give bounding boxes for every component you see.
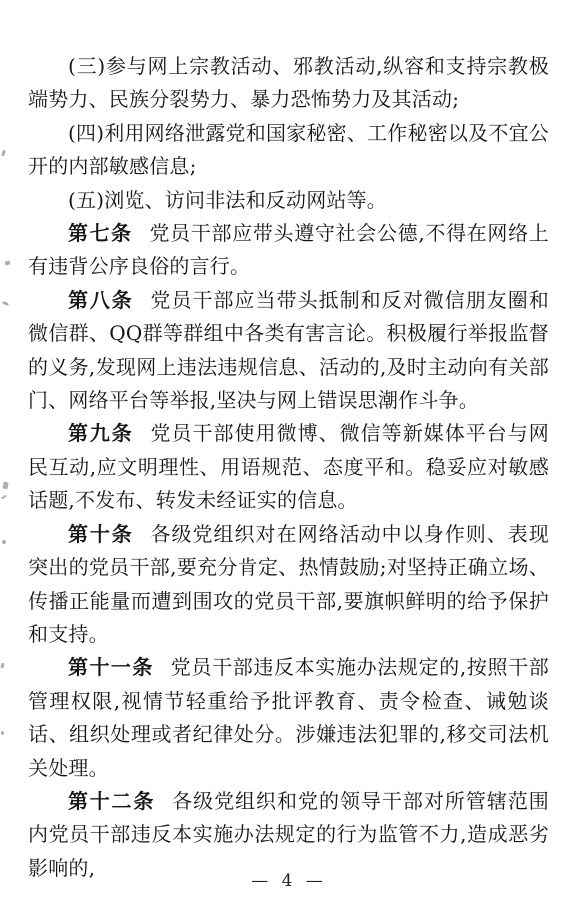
document-paragraph: (四)利用网络泄露党和国家秘密、工作秘密以及不宜公开的内部敏感信息; [28,117,549,184]
document-paragraph: 第九条党员干部使用微博、微信等新媒体平台与网民互动,应文明理性、用语规范、态度平… [28,417,549,517]
scanned-document-page: (三)参与网上宗教活动、邪教活动,纵容和支持宗教极端势力、民族分裂势力、暴力恐怖… [0,0,578,915]
article-number: 第十一条 [68,655,154,679]
article-number: 第十二条 [68,789,155,813]
paragraph-text: (三)参与网上宗教活动、邪教活动,纵容和支持宗教极端势力、民族分裂势力、暴力恐怖… [28,54,549,111]
article-number: 第八条 [68,288,133,312]
scan-artifact [1,150,6,157]
document-paragraph: 第十一条党员干部违反本实施办法规定的,按照干部管理权限,视情节轻重给予批评教育、… [28,651,549,785]
article-number: 第七条 [68,221,132,245]
scan-artifact [1,495,7,500]
document-paragraph: 第十条各级党组织对在网络活动中以身作则、表现突出的党员干部,要充分肯定、热情鼓励… [28,518,549,652]
paragraph-text: (五)浏览、访问非法和反动网站等。 [68,188,387,212]
article-number: 第十条 [68,522,133,546]
scan-artifact [2,540,6,544]
document-paragraph: (三)参与网上宗教活动、邪教活动,纵容和支持宗教极端势力、民族分裂势力、暴力恐怖… [28,50,549,117]
scan-artifact [1,731,4,735]
scan-artifact [2,301,10,307]
document-paragraph: 第七条党员干部应带头遵守社会公德,不得在网络上有违背公序良俗的言行。 [28,217,549,284]
document-paragraph: (五)浏览、访问非法和反动网站等。 [28,184,549,217]
document-body: (三)参与网上宗教活动、邪教活动,纵容和支持宗教极端势力、民族分裂势力、暴力恐怖… [28,50,549,885]
page-number: — 4 — [0,871,578,891]
scan-artifact [0,663,4,669]
scan-artifact [2,482,8,490]
scan-artifact [5,260,11,265]
article-number: 第九条 [68,421,133,445]
paragraph-text: (四)利用网络泄露党和国家秘密、工作秘密以及不宜公开的内部敏感信息; [28,121,549,178]
document-paragraph: 第八条党员干部应当带头抵制和反对微信朋友圈和微信群、QQ群等群组中各类有害言论。… [28,284,549,418]
